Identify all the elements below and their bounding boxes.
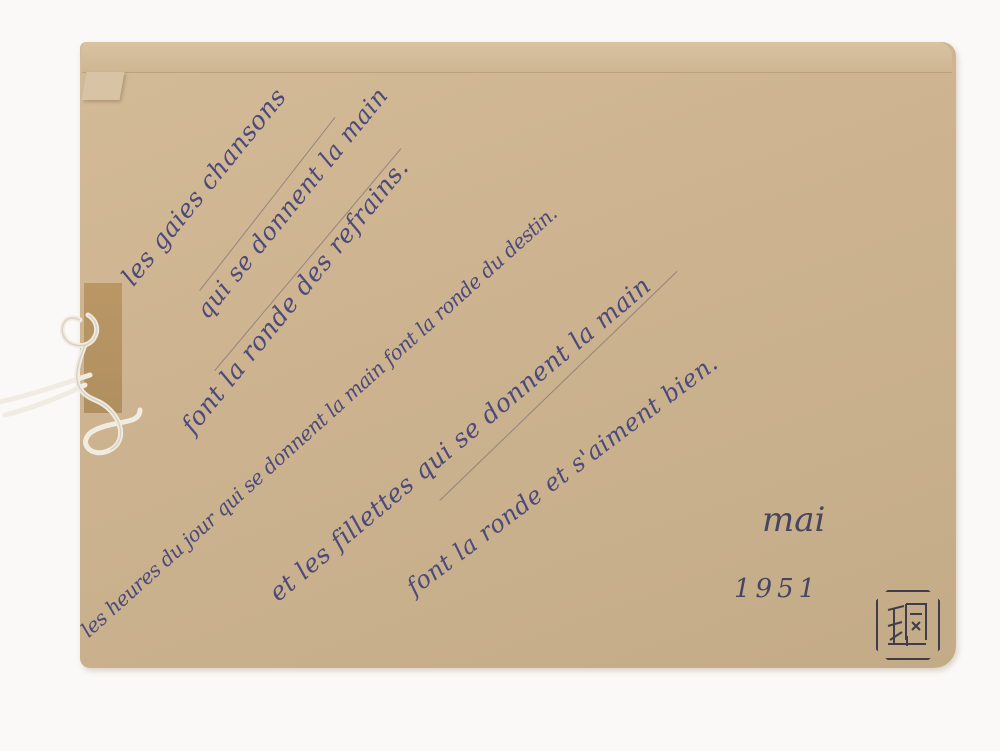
notebook-cover xyxy=(80,42,956,668)
folded-corner-tab xyxy=(82,72,125,100)
monogram-glyph-icon xyxy=(884,600,930,648)
cover-top-edge xyxy=(82,42,952,73)
monogram-seal-icon xyxy=(876,590,940,660)
date-month: mai xyxy=(762,500,825,540)
binding-string-icon xyxy=(0,290,170,470)
date-year: 1951 xyxy=(734,574,820,604)
